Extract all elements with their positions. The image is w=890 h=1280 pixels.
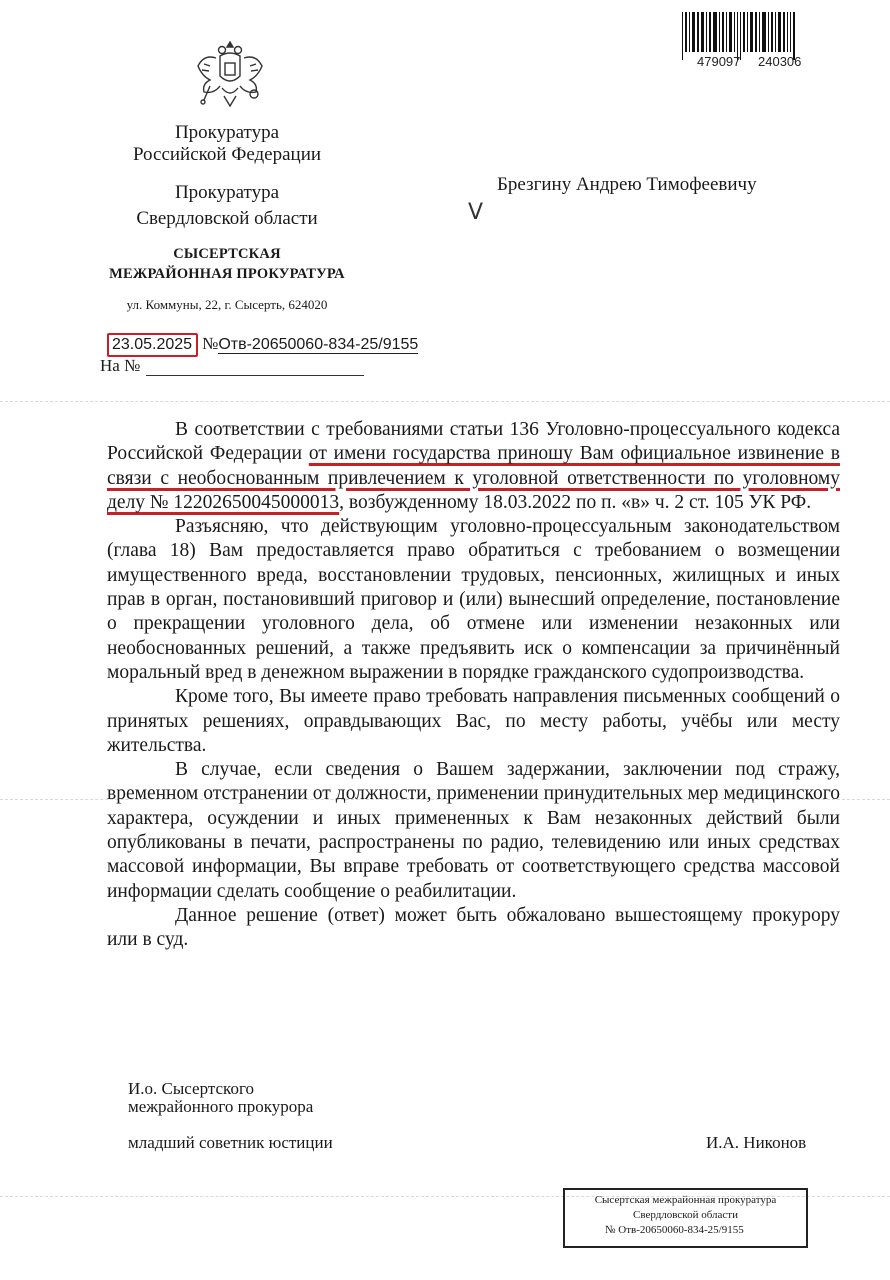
org-line-1: Прокуратура bbox=[112, 122, 342, 144]
signatory-position: И.о. Сысертского межрайонного прокурора bbox=[128, 1080, 313, 1116]
office-line-1: СЫСЕРТСКАЯ bbox=[92, 244, 362, 264]
org-line-2: Российской Федерации bbox=[112, 144, 342, 166]
letter-body: В соответствии с требованиями статьи 136… bbox=[107, 418, 840, 953]
paragraph-notification-right: Кроме того, Вы имеете право требовать на… bbox=[107, 685, 840, 758]
registration-stamp: Сысертская межрайонная прокуратура Сверд… bbox=[563, 1188, 808, 1248]
signatory-name: И.А. Никонов bbox=[706, 1134, 806, 1152]
handwritten-check-mark: V bbox=[468, 200, 483, 225]
region-line-1: Прокуратура bbox=[112, 182, 342, 204]
barcode bbox=[682, 12, 837, 56]
region-name: Прокуратура Свердловской области bbox=[112, 182, 342, 230]
stamp-line-3: № Отв-20650060-834-25/9155 bbox=[605, 1223, 806, 1238]
office-address: ул. Коммуны, 22, г. Сысерть, 624020 bbox=[92, 297, 362, 313]
paragraph-apology: В соответствии с требованиями статьи 136… bbox=[107, 418, 840, 515]
paragraph-media-rehabilitation: В случае, если сведения о Вашем задержан… bbox=[107, 758, 840, 904]
office-line-2: МЕЖРАЙОННАЯ ПРОКУРАТУРА bbox=[92, 264, 362, 284]
stamp-line-2: Свердловской области bbox=[565, 1208, 806, 1223]
barcode-digits: 479097 240306 bbox=[697, 54, 801, 69]
paper-fold-line bbox=[0, 401, 890, 402]
recipient-name: Брезгину Андрею Тимофеевичу bbox=[497, 174, 757, 196]
barcode-right-digits: 240306 bbox=[758, 54, 801, 69]
number-sign: № bbox=[202, 334, 218, 353]
barcode-left-digits: 479097 bbox=[697, 54, 740, 69]
paragraph-appeal: Данное решение (ответ) может быть обжало… bbox=[107, 904, 840, 953]
paragraph-rights-explanation: Разъясняю, что действующим уголовно-проц… bbox=[107, 515, 840, 685]
stamp-line-1: Сысертская межрайонная прокуратура bbox=[565, 1193, 806, 1208]
signatory-rank: младший советник юстиции bbox=[128, 1134, 333, 1152]
org-name: Прокуратура Российской Федерации bbox=[112, 122, 342, 166]
reply-to-reference: На № bbox=[100, 356, 364, 376]
russian-coat-of-arms-icon bbox=[192, 36, 268, 112]
reply-to-blank bbox=[146, 363, 364, 376]
outgoing-reference: 23.05.2025№Отв-20650060-834-25/9155 bbox=[107, 333, 418, 357]
office-name: СЫСЕРТСКАЯ МЕЖРАЙОННАЯ ПРОКУРАТУРА bbox=[92, 244, 362, 284]
document-date: 23.05.2025 bbox=[107, 333, 198, 357]
region-line-2: Свердловской области bbox=[112, 208, 342, 230]
reply-to-label: На № bbox=[100, 356, 140, 375]
document-number: Отв-20650060-834-25/9155 bbox=[218, 336, 418, 354]
